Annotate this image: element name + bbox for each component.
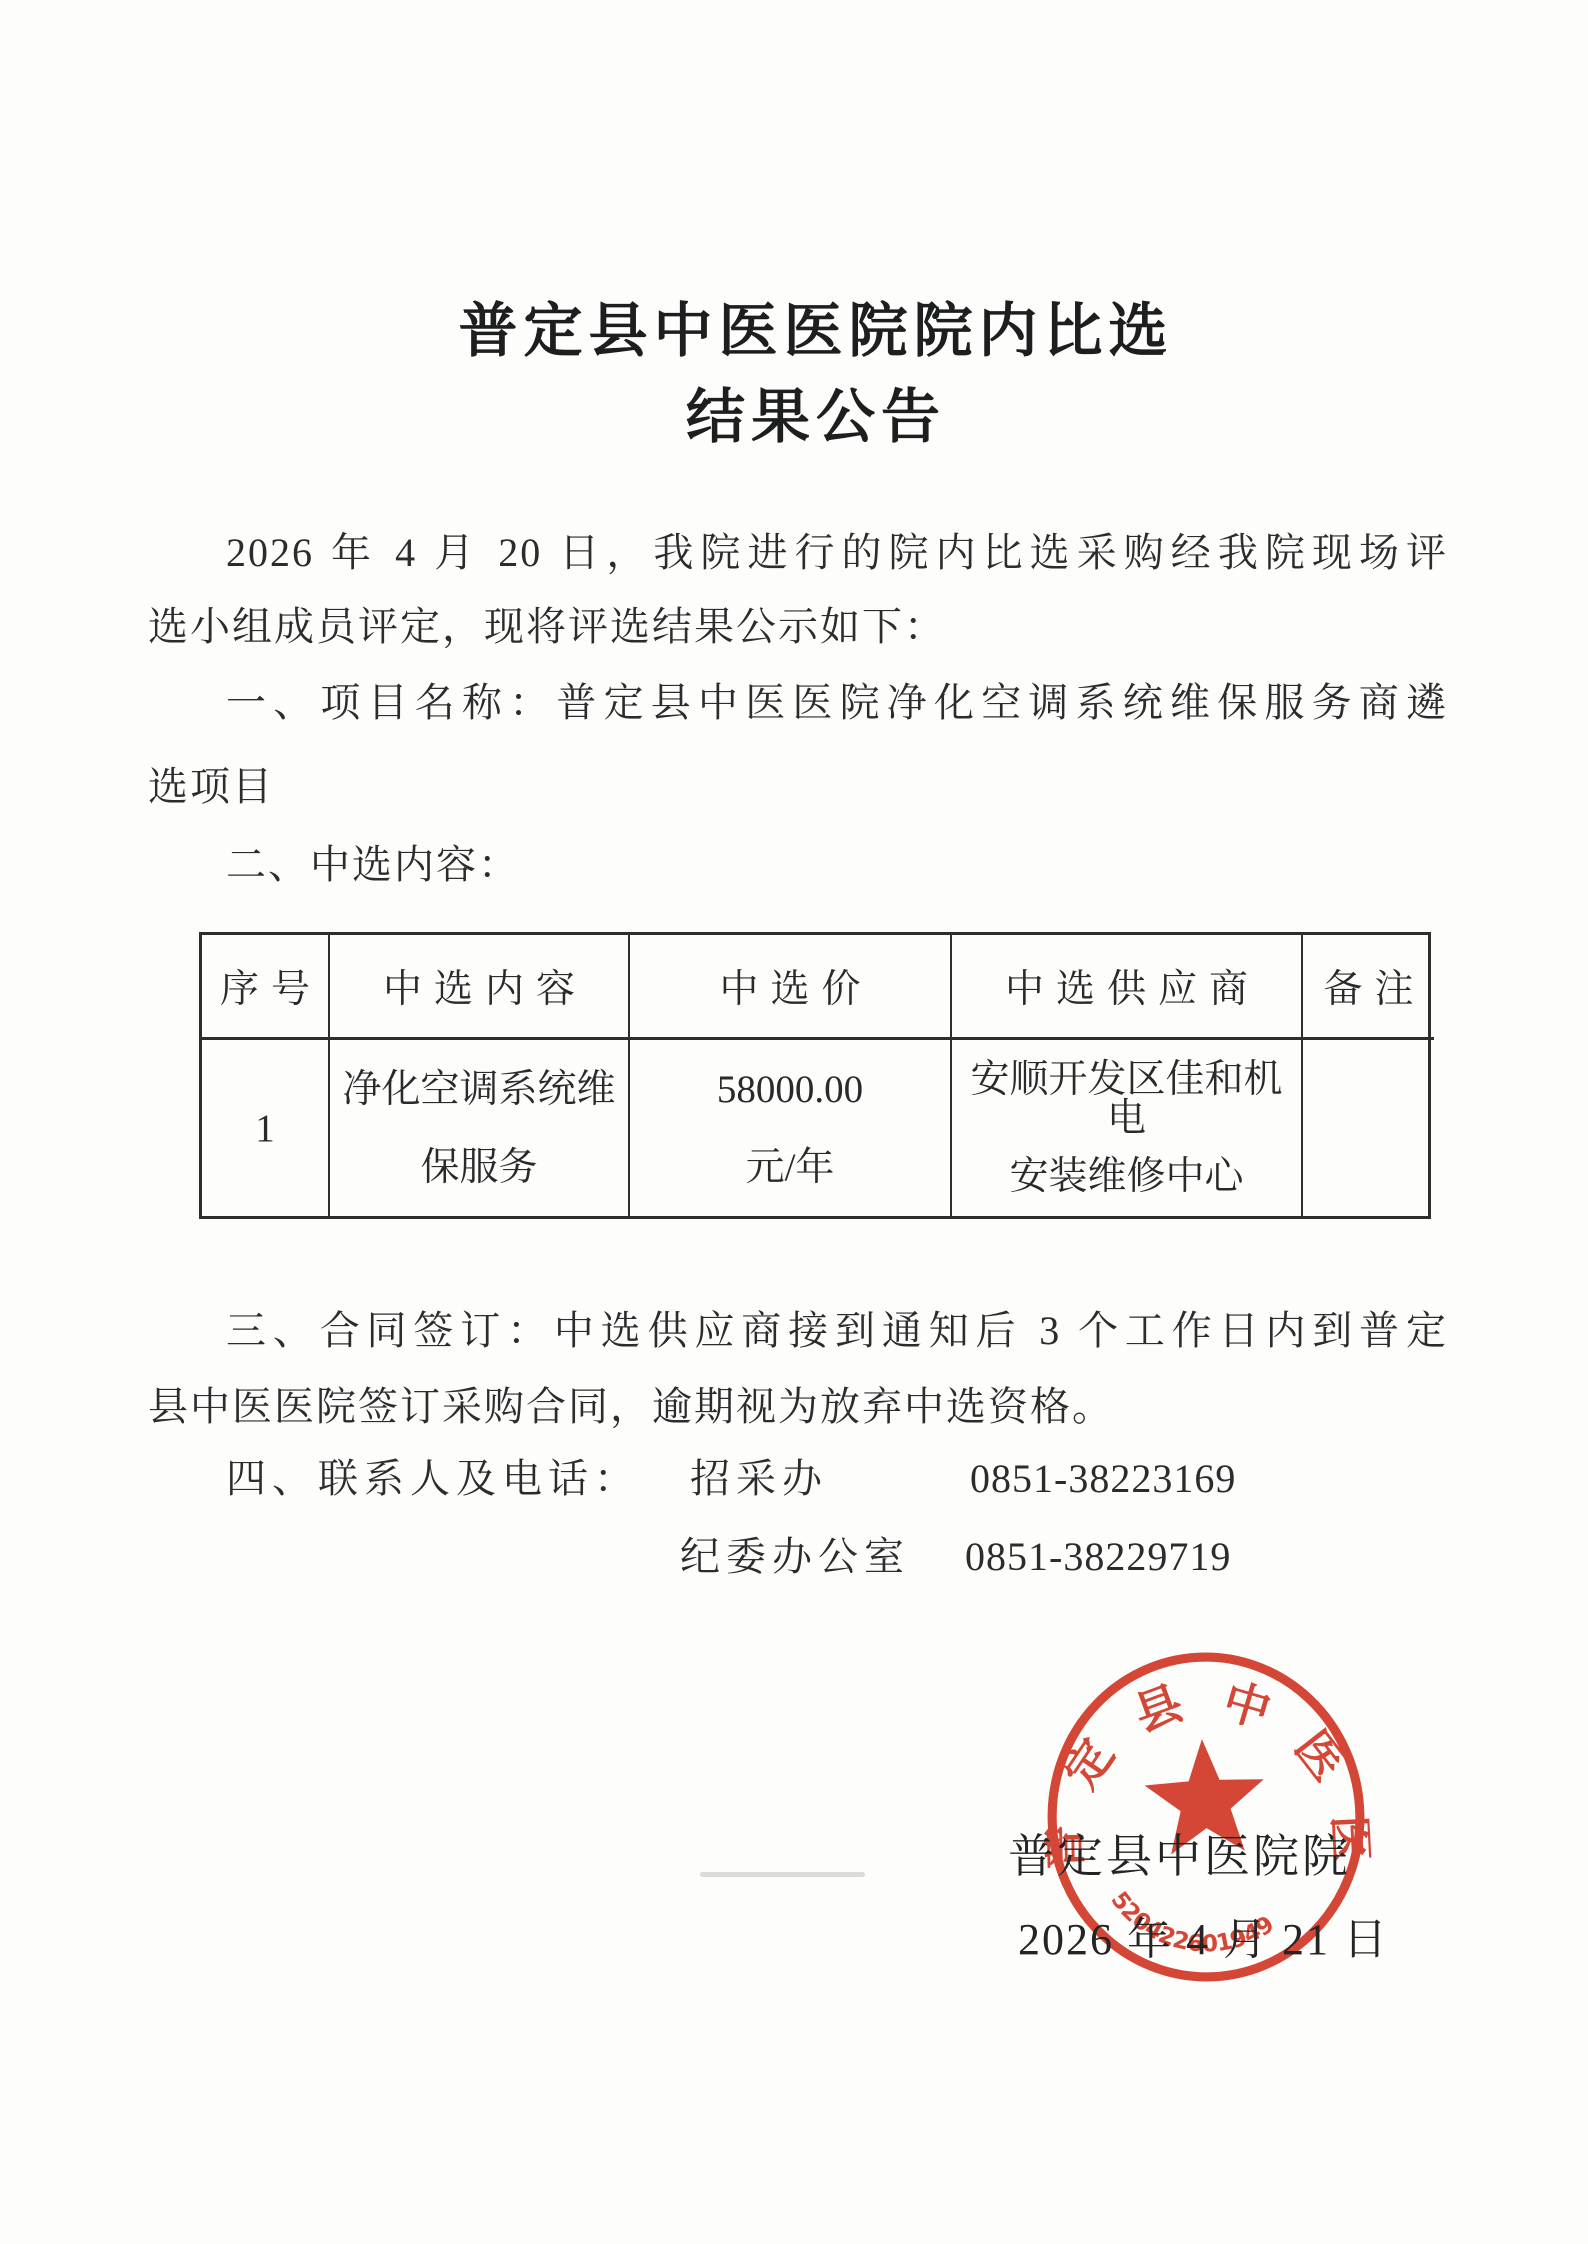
title-line-1: 普定县中医医院院内比选	[22, 288, 1588, 374]
scanned-announcement-page: 普定县中医医院院内比选 结果公告 2026 年 4 月 20 日，我院进行的院内…	[0, 0, 1588, 2244]
table-cell-content: 净化空调系统维 保服务	[330, 1040, 630, 1216]
title-line-2: 结果公告	[22, 374, 1588, 460]
section-1-project-name-line-2: 选项目	[148, 748, 1448, 826]
table-header-seq: 序号	[202, 935, 330, 1040]
contact-1-name: 招采办	[690, 1440, 828, 1518]
table-cell-remark	[1303, 1040, 1434, 1216]
table-cell-seq: 1	[202, 1040, 330, 1216]
section-2-heading: 二、中选内容：	[148, 826, 1526, 904]
table-cell-supplier-line-2: 安装维修中心	[1009, 1157, 1243, 1196]
table-cell-content-line-2: 保服务	[420, 1148, 537, 1187]
selection-result-table: 序号 中选内容 中选价 中选供应商 备注 1 净化空调系统维 保服务 58000…	[199, 932, 1431, 1219]
table-header-remark: 备注	[1303, 935, 1434, 1040]
table-cell-supplier-line-1: 安顺开发区佳和机电	[956, 1060, 1297, 1138]
table-cell-price: 58000.00 元/年	[630, 1040, 952, 1216]
scan-artifact-line	[700, 1872, 865, 1877]
document-title: 普定县中医医院院内比选 结果公告	[22, 288, 1588, 460]
table-header-content: 中选内容	[330, 935, 630, 1040]
section-4-contacts-line-2: 纪委办公室 0851-38229719	[148, 1518, 1448, 1596]
paragraph-intro-line-1: 2026 年 4 月 20 日，我院进行的院内比选采购经我院现场评	[148, 514, 1448, 592]
contacts-label: 四、联系人及电话：	[226, 1440, 640, 1518]
signature-date: 2026 年 4 月 21 日	[1018, 1903, 1438, 1967]
signature-org: 普定县中医院院	[1008, 1820, 1428, 1886]
section-3-contract-line-1: 三、合同签订：中选供应商接到通知后 3 个工作日内到普定	[148, 1292, 1448, 1370]
table-cell-price-line-2: 元/年	[746, 1148, 835, 1187]
section-3-contract-line-2: 县中医医院签订采购合同，逾期视为放弃中选资格。	[148, 1368, 1448, 1446]
table-cell-price-line-1: 58000.00	[717, 1070, 863, 1109]
table-header-price: 中选价	[630, 935, 952, 1040]
table-header-supplier: 中选供应商	[952, 935, 1303, 1040]
table-cell-content-line-1: 净化空调系统维	[342, 1070, 615, 1109]
paragraph-intro-line-2: 选小组成员评定，现将评选结果公示如下：	[148, 588, 1448, 666]
section-4-contacts-line-1: 四、联系人及电话： 招采办 0851-38223169	[148, 1440, 1448, 1518]
contact-2-name: 纪委办公室	[680, 1518, 910, 1596]
contact-1-phone: 0851-38223169	[970, 1440, 1236, 1518]
contact-2-phone: 0851-38229719	[965, 1518, 1231, 1596]
section-1-project-name-line-1: 一、项目名称：普定县中医医院净化空调系统维保服务商遴	[148, 664, 1448, 742]
table-cell-supplier: 安顺开发区佳和机电 安装维修中心	[952, 1040, 1303, 1216]
